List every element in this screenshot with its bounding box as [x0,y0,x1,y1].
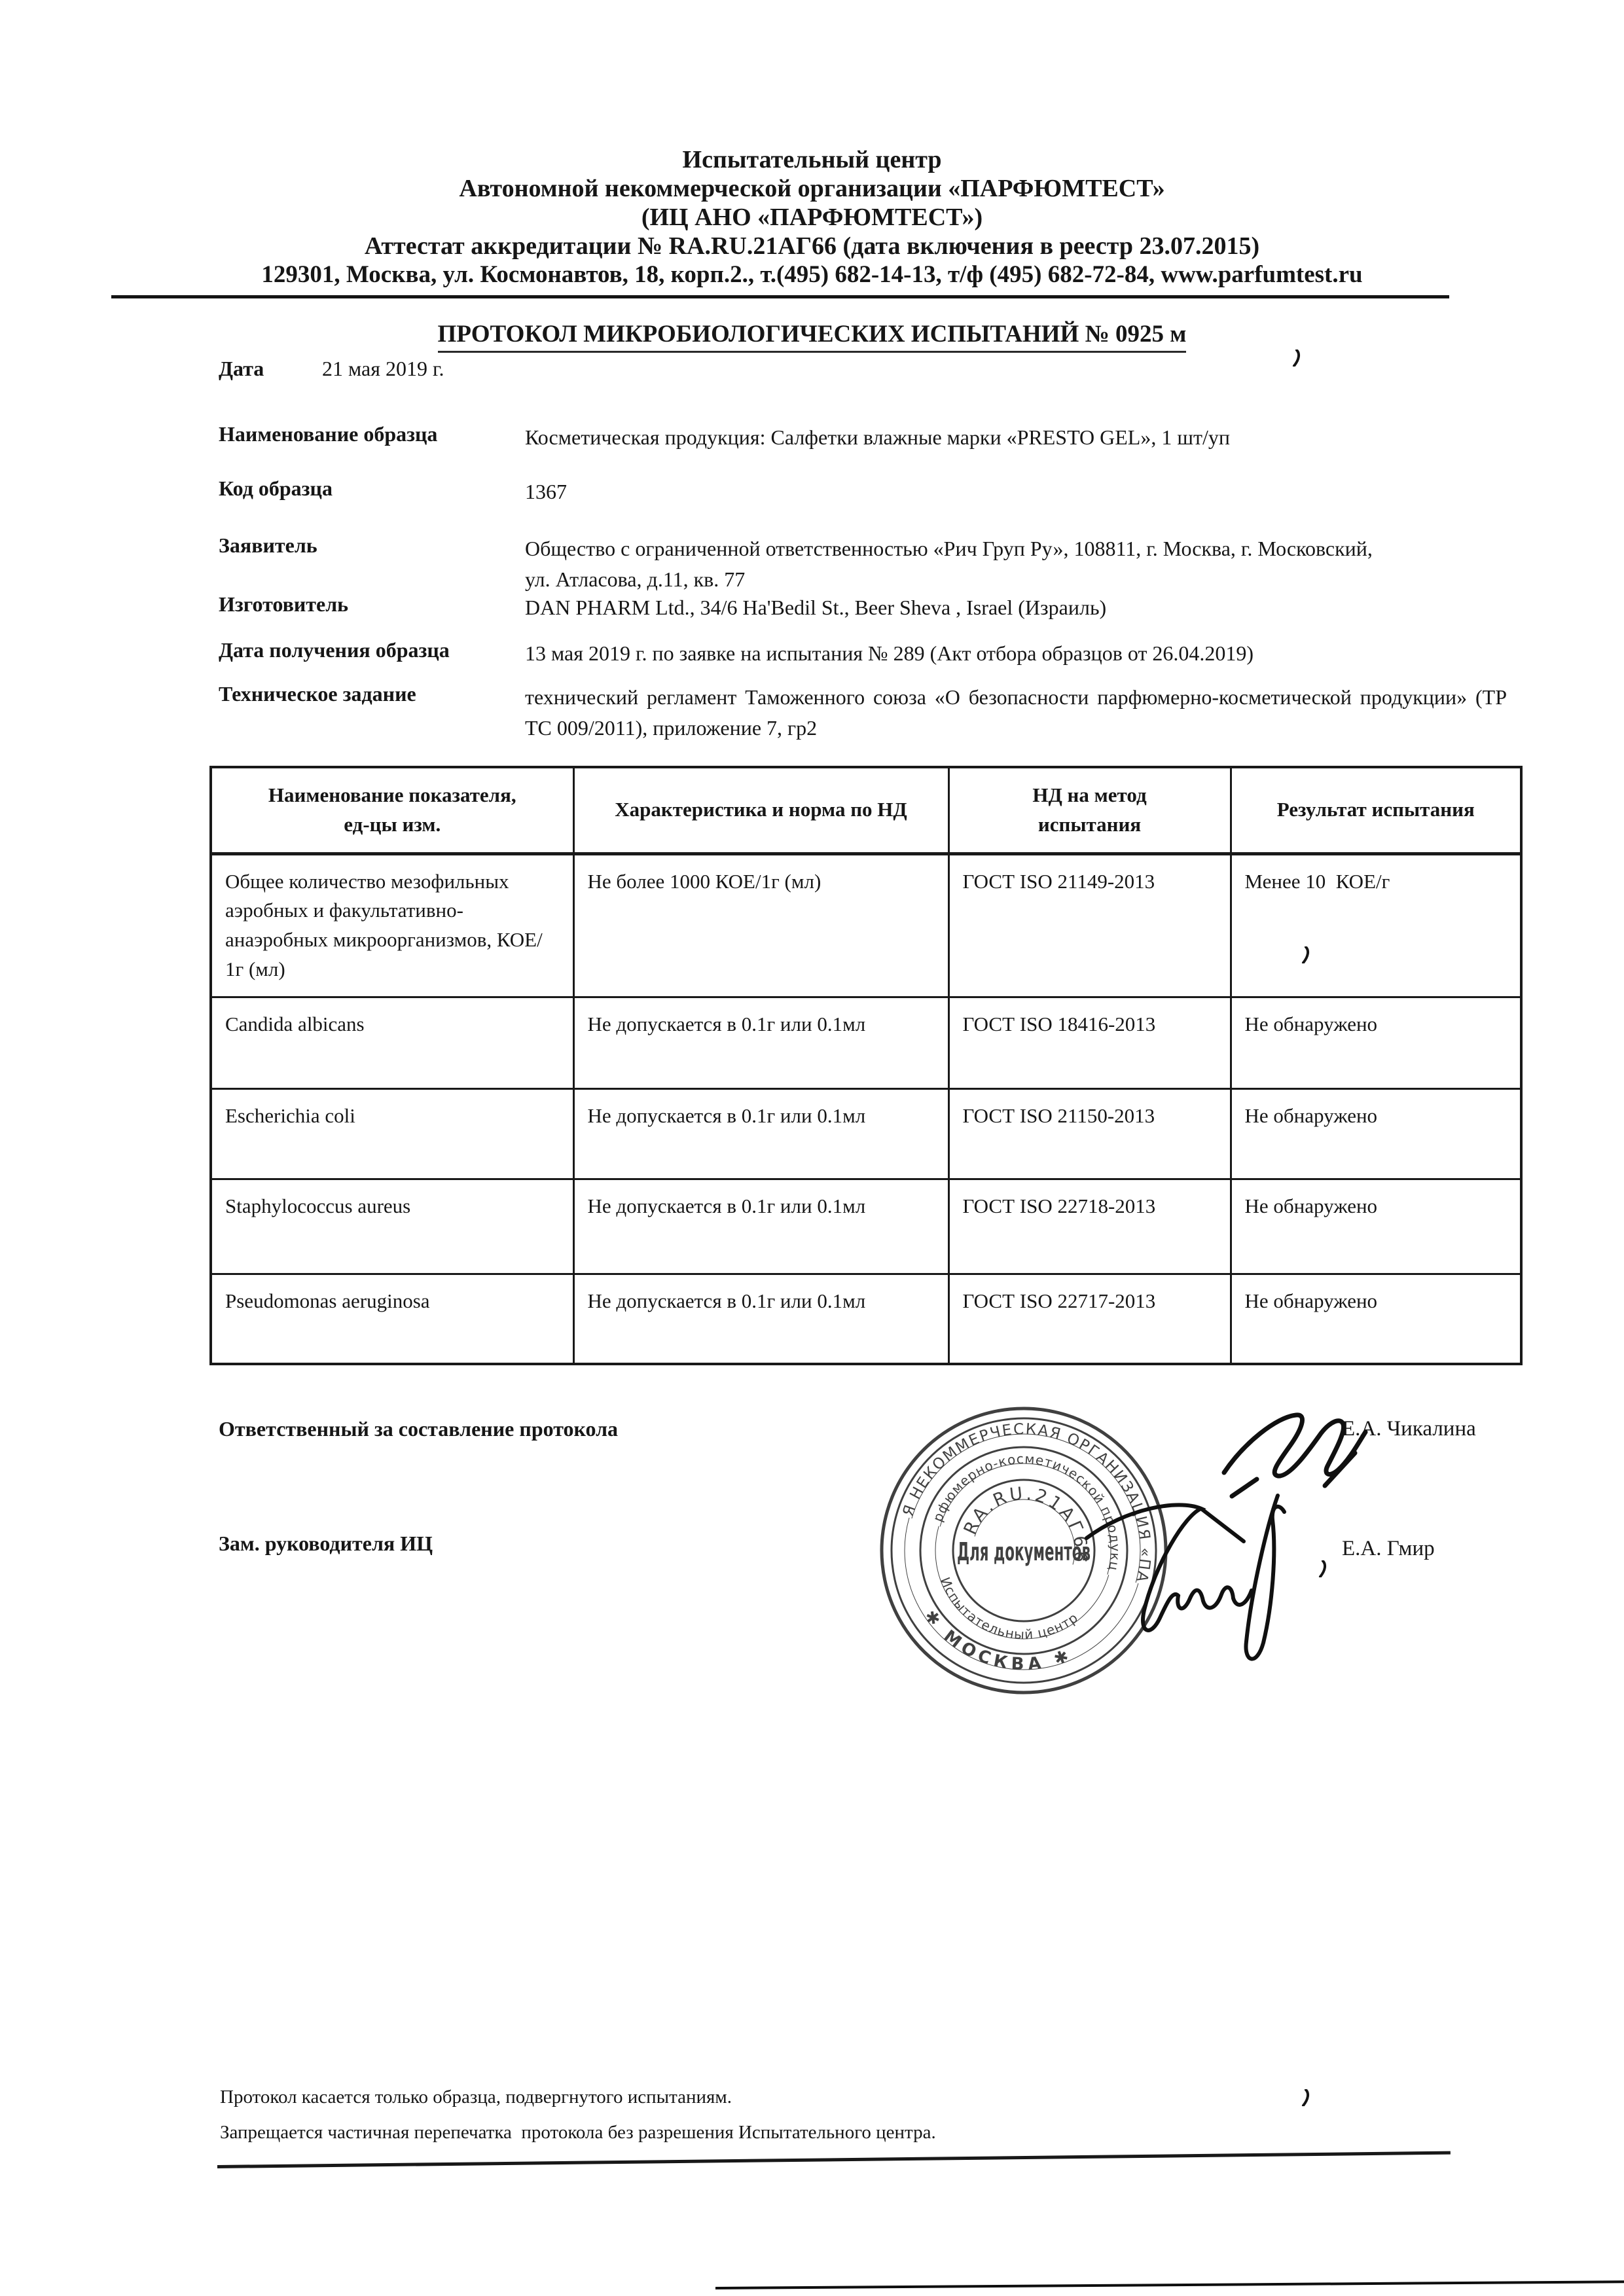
footer-note-1: Протокол касается только образца, подвер… [220,2087,732,2108]
signature-gmir [1087,1496,1284,1659]
sample-code-value: 1367 [525,476,1510,507]
manufacturer-label: Изготовитель [219,592,348,617]
signature-role-2: Зам. руководителя ИЦ [219,1532,433,1556]
tech-task-label: Техническое задание [219,682,416,706]
applicant-label: Заявитель [219,533,317,558]
cell-method: ГОСТ ISO 21150-2013 [948,1089,1231,1179]
table-row: Общее количество мезофильных аэробных и … [211,853,1521,997]
scan-speck [1301,946,1310,963]
table-row: Pseudomonas aeruginosa Не допускается в … [211,1274,1521,1364]
cell-result: Не обнаружено [1231,1179,1521,1274]
cell-result: Не обнаружено [1231,1274,1521,1364]
col-header-norm: Характеристика и норма по НД [573,767,948,853]
bottom-scan-artifact-line [715,2280,1624,2289]
cell-result: Менее 10 КОЕ/г [1231,853,1521,997]
cell-method: ГОСТ ISO 22718-2013 [948,1179,1231,1274]
cell-indicator: Candida albicans [211,997,573,1089]
manufacturer-value: DAN PHARM Ltd., 34/6 Ha'Bedil St., Beer … [525,592,1510,623]
cell-norm: Не допускается в 0.1г или 0.1мл [573,997,948,1089]
footer-note-2: Запрещается частичная перепечатка проток… [220,2122,936,2144]
table-row: Staphylococcus aureus Не допускается в 0… [211,1179,1521,1274]
signatures-overlay [1047,1374,1414,1682]
sample-name-label: Наименование образца [219,422,437,446]
cell-norm: Не допускается в 0.1г или 0.1мл [573,1089,948,1179]
sample-name-value: Косметическая продукция: Салфетки влажны… [525,422,1510,453]
results-table: Наименование показателя, ед-цы изм. Хара… [209,766,1523,1365]
scan-speck [1318,1560,1327,1577]
cell-result: Не обнаружено [1231,997,1521,1089]
cell-indicator: Escherichia coli [211,1089,573,1179]
cell-norm: Не более 1000 КОЕ/1г (мл) [573,853,948,997]
col-header-indicator: Наименование показателя, ед-цы изм. [211,767,573,853]
signature-role-1: Ответственный за составление протокола [219,1417,618,1441]
col-header-method: НД на метод испытания [948,767,1231,853]
date-value: 21 мая 2019 г. [322,357,444,381]
date-label: Дата [219,357,264,381]
header-line-accreditation: Аттестат аккредитации № RA.RU.21АГ66 (да… [0,232,1624,260]
cell-method: ГОСТ ISO 18416-2013 [948,997,1231,1089]
signature-chikalina [1224,1415,1365,1496]
footer-divider-rule [217,2151,1451,2168]
header-line-org-name: Автономной некоммерческой организации «П… [0,174,1624,203]
cell-method: ГОСТ ISO 22717-2013 [948,1274,1231,1364]
header-line-org-abbr: (ИЦ АНО «ПАРФЮМТЕСТ») [0,203,1624,232]
col-header-result: Результат испытания [1231,767,1521,853]
cell-norm: Не допускается в 0.1г или 0.1мл [573,1179,948,1274]
cell-indicator: Staphylococcus aureus [211,1179,573,1274]
cell-result: Не обнаружено [1231,1089,1521,1179]
receipt-date-value: 13 мая 2019 г. по заявке на испытания № … [525,638,1510,669]
cell-indicator: Общее количество мезофильных аэробных и … [211,853,573,997]
cell-indicator: Pseudomonas aeruginosa [211,1274,573,1364]
scan-speck [1292,350,1301,367]
table-row: Candida albicans Не допускается в 0.1г и… [211,997,1521,1089]
scan-speck [1301,2089,1310,2106]
cell-method: ГОСТ ISO 21149-2013 [948,853,1231,997]
sample-code-label: Код образца [219,476,333,501]
header-line-address: 129301, Москва, ул. Космонавтов, 18, кор… [0,260,1624,289]
scanned-protocol-page: Испытательный центр Автономной некоммерч… [0,0,1624,2296]
table-row: Escherichia coli Не допускается в 0.1г и… [211,1089,1521,1179]
cell-norm: Не допускается в 0.1г или 0.1мл [573,1274,948,1364]
table-header-row: Наименование показателя, ед-цы изм. Хара… [211,767,1521,853]
header-block: Испытательный центр Автономной некоммерч… [0,145,1624,289]
header-divider-rule [111,295,1449,298]
tech-task-value: технический регламент Таможенного союза … [525,682,1507,744]
page-title: ПРОТОКОЛ МИКРОБИОЛОГИЧЕСКИХ ИСПЫТАНИЙ № … [0,320,1624,348]
applicant-value: Общество с ограниченной ответственностью… [525,533,1510,595]
header-line-center-name: Испытательный центр [0,145,1624,174]
receipt-date-label: Дата получения образца [219,638,450,662]
